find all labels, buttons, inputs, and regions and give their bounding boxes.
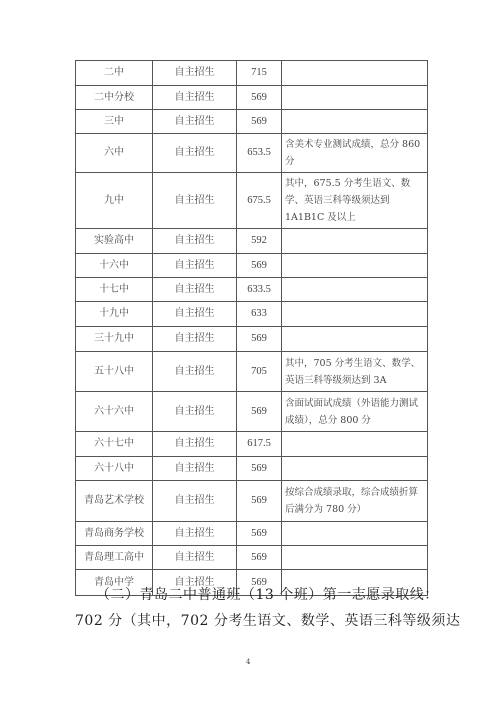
admission-type-cell: 自主招生 bbox=[153, 134, 237, 173]
school-cell: 六十六中 bbox=[76, 392, 153, 432]
table-row: 青岛理工高中自主招生569 bbox=[76, 546, 428, 570]
table-row: 十七中自主招生633.5 bbox=[76, 278, 428, 302]
score-cell: 633.5 bbox=[237, 278, 282, 302]
admission-type-cell: 自主招生 bbox=[153, 302, 237, 327]
table-row: 九中自主招生675.5其中，675.5 分考生语文、数学、英语三科等级须达到 1… bbox=[76, 173, 428, 229]
score-cell: 569 bbox=[237, 254, 282, 278]
school-cell: 十七中 bbox=[76, 278, 153, 302]
school-cell: 十六中 bbox=[76, 254, 153, 278]
score-cell: 569 bbox=[237, 110, 282, 134]
admission-type-cell: 自主招生 bbox=[153, 61, 237, 86]
section-heading-paragraph: （二）青岛二中普通班（13 个班）第一志愿录取线： bbox=[96, 584, 452, 604]
table-row: 五十八中自主招生705其中，705 分考生语文、数学、英语三科等级须达到 3A bbox=[76, 352, 428, 392]
note-cell bbox=[282, 229, 428, 254]
note-cell bbox=[282, 546, 428, 570]
note-cell bbox=[282, 61, 428, 86]
admission-type-cell: 自主招生 bbox=[153, 173, 237, 229]
school-cell: 二中 bbox=[76, 61, 153, 86]
note-cell: 含美术专业测试成绩，总分 860 分 bbox=[282, 134, 428, 173]
school-cell: 九中 bbox=[76, 173, 153, 229]
table-row: 三十九中自主招生569 bbox=[76, 327, 428, 352]
table-row: 青岛艺术学校自主招生569按综合成绩录取，综合成绩折算后满分为 780 分） bbox=[76, 481, 428, 522]
score-cell: 617.5 bbox=[237, 432, 282, 457]
note-cell: 其中，675.5 分考生语文、数学、英语三科等级须达到 1A1B1C 及以上 bbox=[282, 173, 428, 229]
admission-type-cell: 自主招生 bbox=[153, 522, 237, 546]
table-row: 三中自主招生569 bbox=[76, 110, 428, 134]
note-cell bbox=[282, 327, 428, 352]
admission-score-table: 二中自主招生715二中分校自主招生569三中自主招生569六中自主招生653.5… bbox=[75, 60, 428, 596]
score-cell: 569 bbox=[237, 546, 282, 570]
note-cell bbox=[282, 302, 428, 327]
table-row: 六十八中自主招生569 bbox=[76, 457, 428, 481]
admission-type-cell: 自主招生 bbox=[153, 432, 237, 457]
school-cell: 实验高中 bbox=[76, 229, 153, 254]
table-row: 实验高中自主招生592 bbox=[76, 229, 428, 254]
score-cell: 569 bbox=[237, 522, 282, 546]
score-cell: 705 bbox=[237, 352, 282, 392]
table-row: 六中自主招生653.5含美术专业测试成绩，总分 860 分 bbox=[76, 134, 428, 173]
admission-type-cell: 自主招生 bbox=[153, 352, 237, 392]
note-cell bbox=[282, 86, 428, 110]
school-cell: 二中分校 bbox=[76, 86, 153, 110]
score-cell: 569 bbox=[237, 457, 282, 481]
score-cell: 675.5 bbox=[237, 173, 282, 229]
admission-type-cell: 自主招生 bbox=[153, 110, 237, 134]
table-row: 二中分校自主招生569 bbox=[76, 86, 428, 110]
document-page: 二中自主招生715二中分校自主招生569三中自主招生569六中自主招生653.5… bbox=[0, 0, 500, 706]
admission-type-cell: 自主招生 bbox=[153, 457, 237, 481]
admission-type-cell: 自主招生 bbox=[153, 278, 237, 302]
school-cell: 青岛商务学校 bbox=[76, 522, 153, 546]
score-cell: 653.5 bbox=[237, 134, 282, 173]
note-cell bbox=[282, 278, 428, 302]
school-cell: 十九中 bbox=[76, 302, 153, 327]
admission-type-cell: 自主招生 bbox=[153, 546, 237, 570]
score-cell: 569 bbox=[237, 392, 282, 432]
table-row: 十九中自主招生633 bbox=[76, 302, 428, 327]
table-row: 六十六中自主招生569含面试面试成绩（外语能力测试成绩），总分 800 分 bbox=[76, 392, 428, 432]
admission-type-cell: 自主招生 bbox=[153, 327, 237, 352]
school-cell: 青岛艺术学校 bbox=[76, 481, 153, 522]
admission-type-cell: 自主招生 bbox=[153, 392, 237, 432]
admission-type-cell: 自主招生 bbox=[153, 229, 237, 254]
school-cell: 六十七中 bbox=[76, 432, 153, 457]
page-number: 4 bbox=[246, 658, 250, 666]
table-row: 二中自主招生715 bbox=[76, 61, 428, 86]
school-cell: 六中 bbox=[76, 134, 153, 173]
school-cell: 青岛理工高中 bbox=[76, 546, 153, 570]
note-cell bbox=[282, 254, 428, 278]
score-cell: 592 bbox=[237, 229, 282, 254]
school-cell: 三十九中 bbox=[76, 327, 153, 352]
admission-type-cell: 自主招生 bbox=[153, 86, 237, 110]
note-cell: 含面试面试成绩（外语能力测试成绩），总分 800 分 bbox=[282, 392, 428, 432]
body-paragraph: 702 分（其中，702 分考生语文、数学、英语三科等级须达 bbox=[75, 610, 431, 630]
school-cell: 五十八中 bbox=[76, 352, 153, 392]
table-row: 十六中自主招生569 bbox=[76, 254, 428, 278]
note-cell: 其中，705 分考生语文、数学、英语三科等级须达到 3A bbox=[282, 352, 428, 392]
note-cell bbox=[282, 457, 428, 481]
admission-type-cell: 自主招生 bbox=[153, 254, 237, 278]
note-cell bbox=[282, 522, 428, 546]
note-cell bbox=[282, 110, 428, 134]
note-cell: 按综合成绩录取，综合成绩折算后满分为 780 分） bbox=[282, 481, 428, 522]
score-cell: 633 bbox=[237, 302, 282, 327]
score-cell: 569 bbox=[237, 86, 282, 110]
note-cell bbox=[282, 432, 428, 457]
admission-type-cell: 自主招生 bbox=[153, 481, 237, 522]
score-cell: 715 bbox=[237, 61, 282, 86]
table-row: 青岛商务学校自主招生569 bbox=[76, 522, 428, 546]
school-cell: 三中 bbox=[76, 110, 153, 134]
score-cell: 569 bbox=[237, 481, 282, 522]
score-cell: 569 bbox=[237, 327, 282, 352]
school-cell: 六十八中 bbox=[76, 457, 153, 481]
table-row: 六十七中自主招生617.5 bbox=[76, 432, 428, 457]
